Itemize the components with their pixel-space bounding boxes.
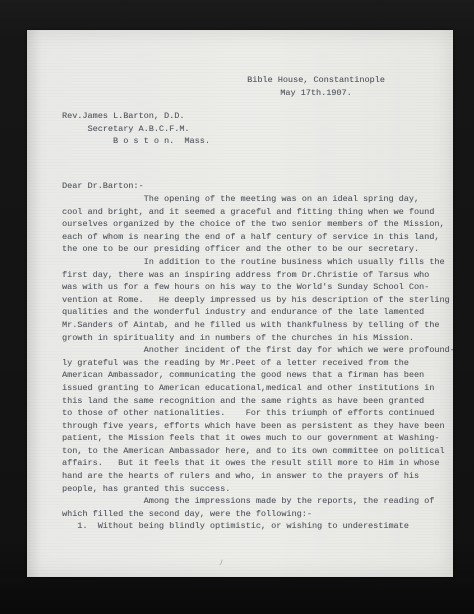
letterhead-block: Bible House, Constantinople May 17th.190…	[231, 74, 401, 100]
letter-body: The opening of the meeting was on an ide…	[62, 193, 453, 533]
letterhead-date: May 17th.1907.	[231, 87, 401, 100]
letterhead-place: Bible House, Constantinople	[231, 74, 401, 87]
salutation: Dear Dr.Barton:-	[62, 180, 144, 193]
scan-backdrop: Bible House, Constantinople May 17th.190…	[0, 0, 474, 614]
smudge-mark	[216, 558, 222, 565]
recipient-address: Rev.James L.Barton, D.D. Secretary A.B.C…	[62, 110, 210, 148]
letter-page: Bible House, Constantinople May 17th.190…	[27, 30, 453, 577]
